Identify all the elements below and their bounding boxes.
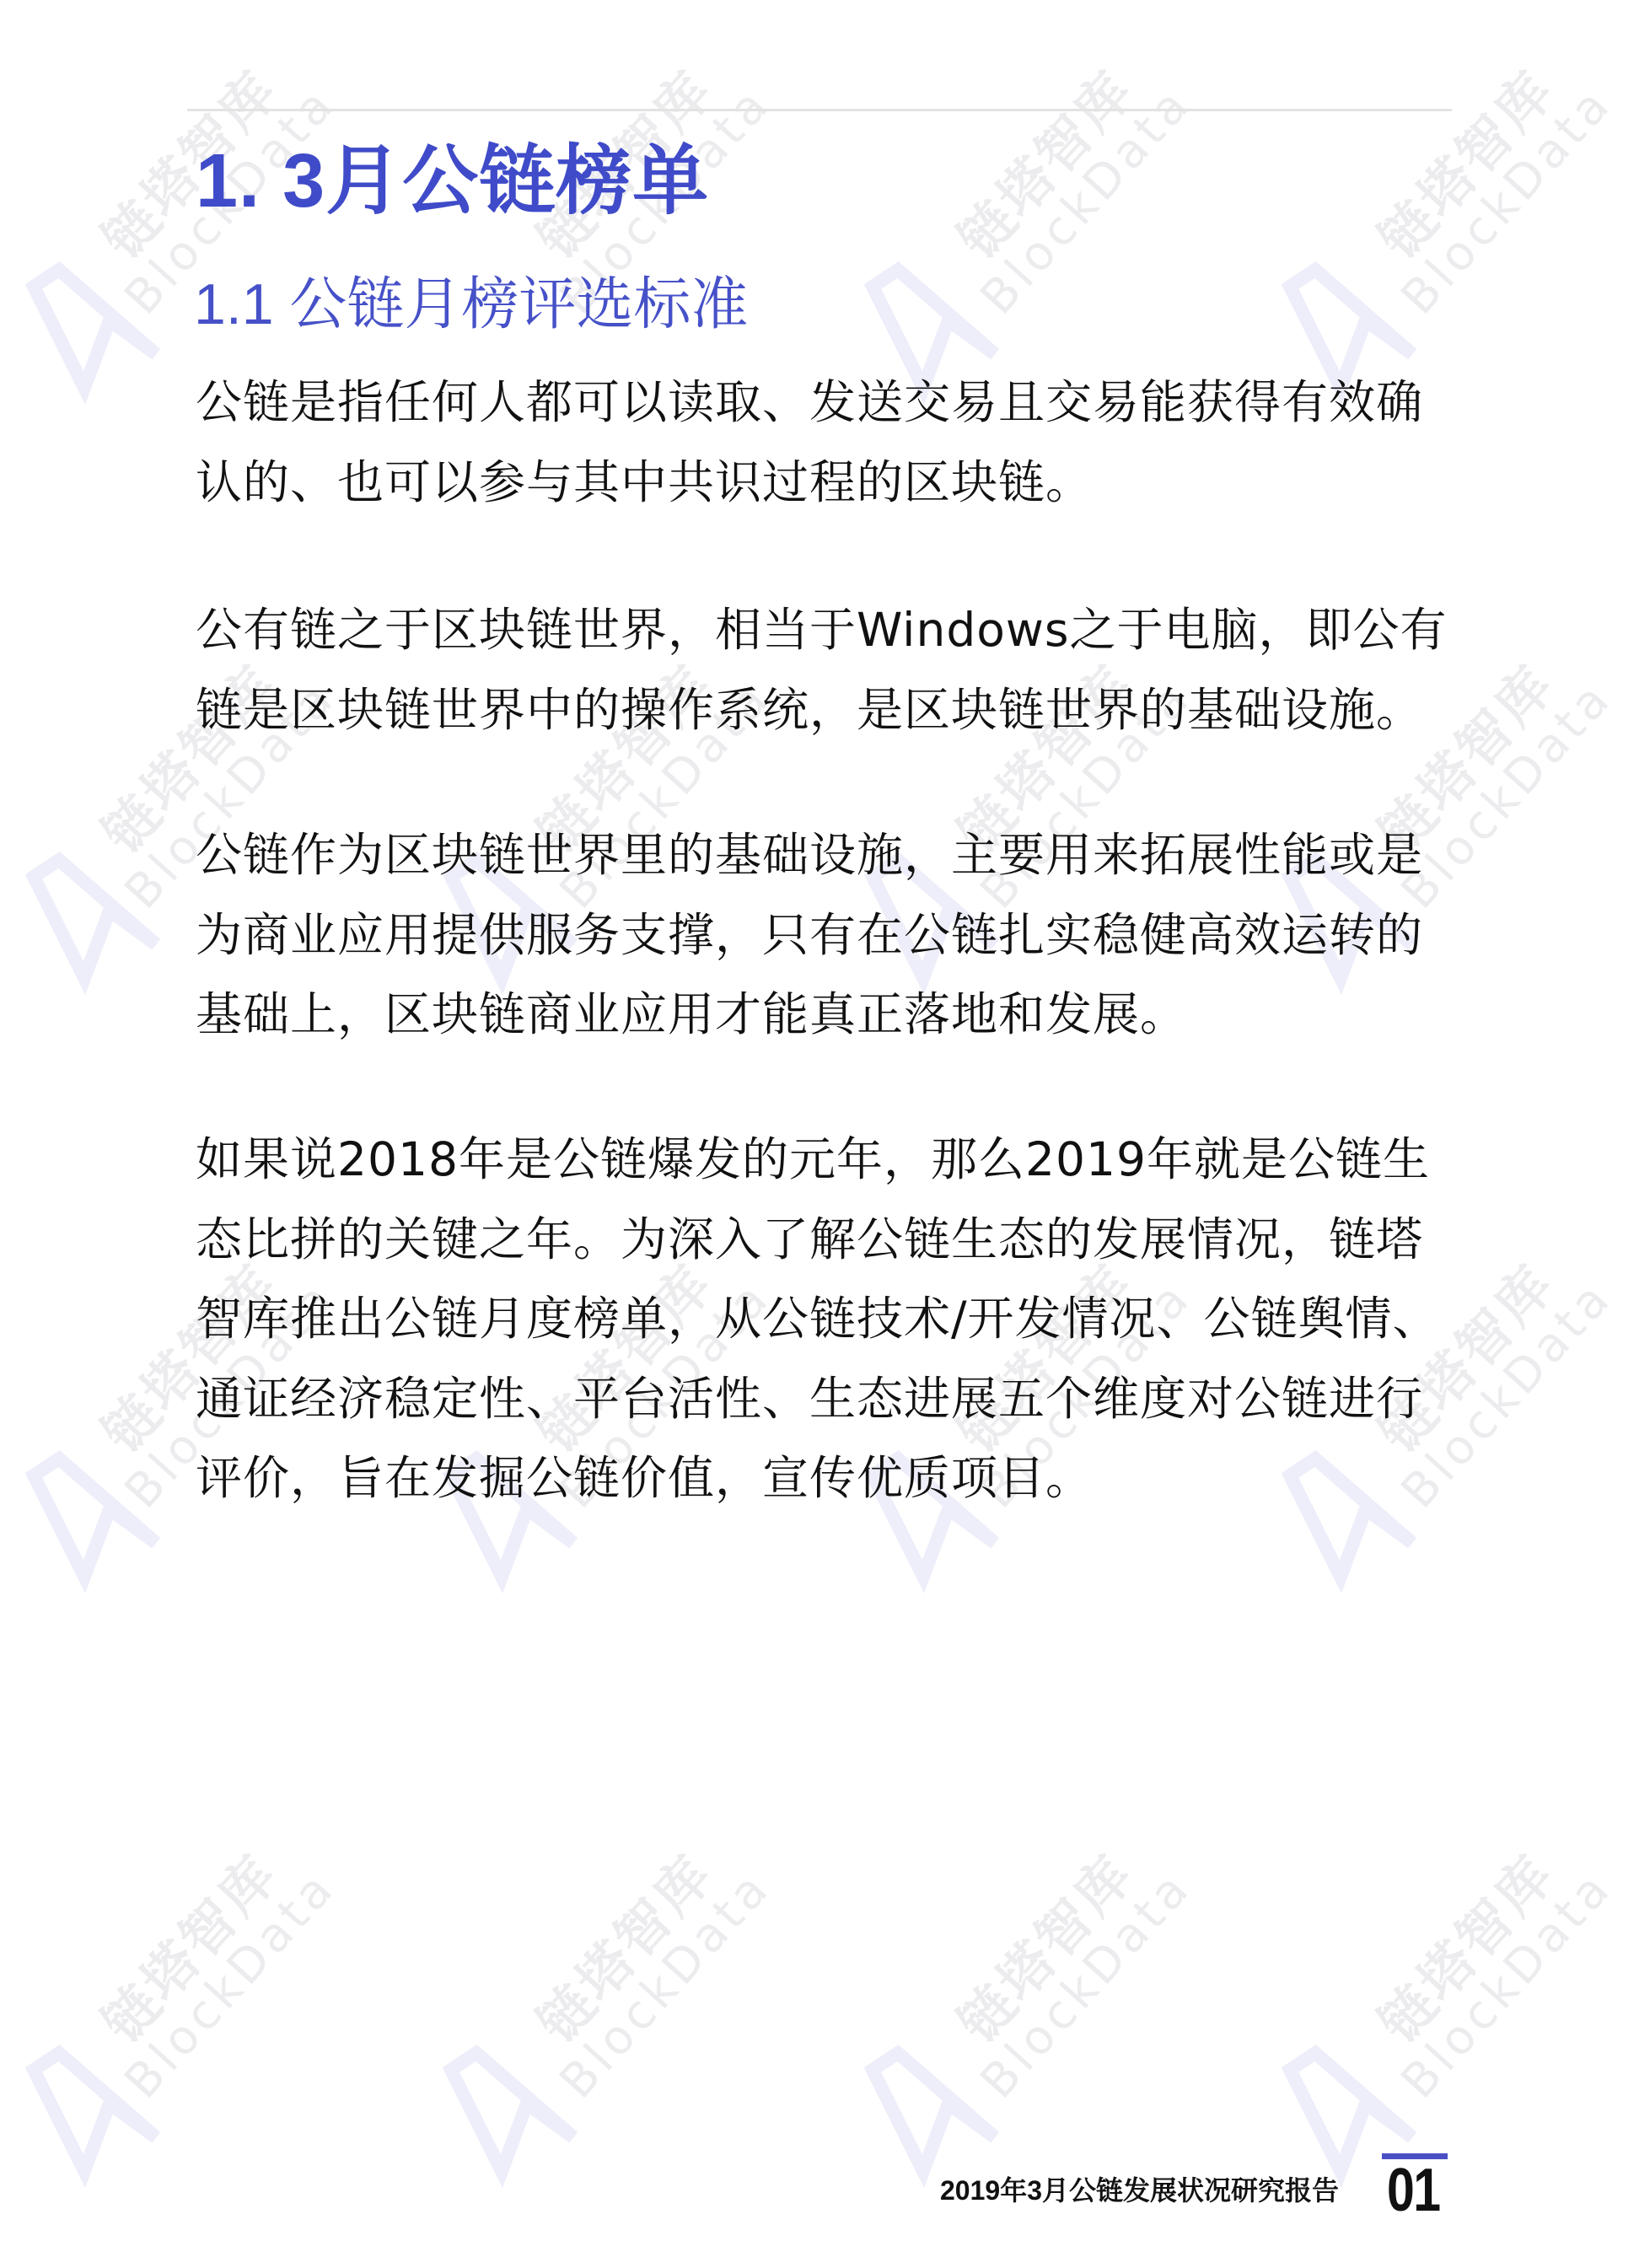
section-subtitle: 1.1 公链月榜评选标准 — [194, 266, 748, 342]
body-paragraph-2: 公有链之于区块链世界，相当于Windows之于电脑，即公有链是区块链世界中的操作… — [196, 590, 1452, 750]
document-page: 1. 3月公链榜单 1.1 公链月榜评选标准 公链是指任何人都可以读取、发送交易… — [0, 0, 1639, 2268]
body-paragraph-4: 如果说2018年是公链爆发的元年，那么2019年就是公链生态比拼的关键之年。为深… — [196, 1120, 1452, 1518]
page-title: 1. 3月公链榜单 — [196, 135, 709, 228]
page-number: 01 — [1387, 2160, 1439, 2221]
header-divider — [187, 109, 1452, 111]
body-paragraph-3: 公链作为区块链世界里的基础设施，主要用来拓展性能或是为商业应用提供服务支撑，只有… — [196, 815, 1452, 1055]
footer-report-title: 2019年3月公链发展状况研究报告 — [940, 2174, 1339, 2207]
body-paragraph-1: 公链是指任何人都可以读取、发送交易且交易能获得有效确认的、也可以参与其中共识过程… — [196, 363, 1452, 522]
